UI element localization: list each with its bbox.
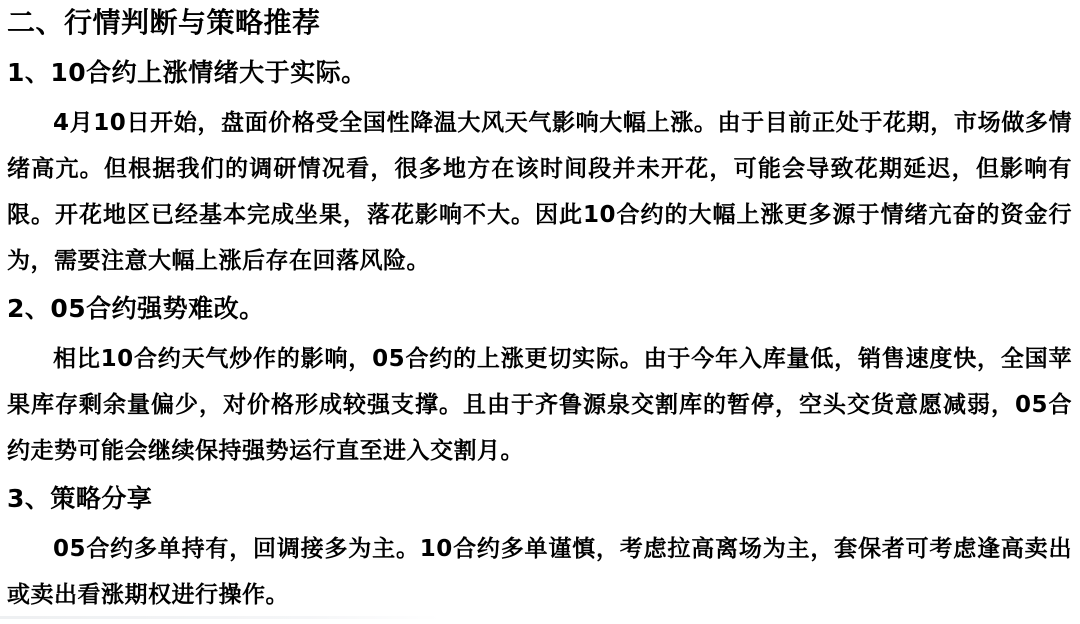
section-2-heading: 2、05合约强势难改。 xyxy=(7,292,1072,326)
report-page: 二、行情判断与策略推荐 1、10合约上涨情绪大于实际。 4月10日开始，盘面价格… xyxy=(0,0,1080,624)
section-2-paragraph: 相比10合约天气炒作的影响，05合约的上涨更切实际。由于今年入库量低，销售速度快… xyxy=(7,336,1072,474)
section-3-heading: 3、策略分享 xyxy=(7,482,1072,516)
section-3-paragraph: 05合约多单持有，回调接多为主。10合约多单谨慎，考虑拉高离场为主，套保者可考虑… xyxy=(7,526,1072,618)
section-1-paragraph: 4月10日开始，盘面价格受全国性降温大风天气影响大幅上涨。由于目前正处于花期，市… xyxy=(7,100,1072,284)
section-contract-05: 2、05合约强势难改。 相比10合约天气炒作的影响，05合约的上涨更切实际。由于… xyxy=(7,292,1072,474)
bottom-faint-line xyxy=(0,616,440,619)
page-title: 二、行情判断与策略推荐 xyxy=(7,4,1072,41)
section-1-heading: 1、10合约上涨情绪大于实际。 xyxy=(7,56,1072,90)
section-contract-10: 1、10合约上涨情绪大于实际。 4月10日开始，盘面价格受全国性降温大风天气影响… xyxy=(7,56,1072,284)
section-strategy: 3、策略分享 05合约多单持有，回调接多为主。10合约多单谨慎，考虑拉高离场为主… xyxy=(7,482,1072,618)
